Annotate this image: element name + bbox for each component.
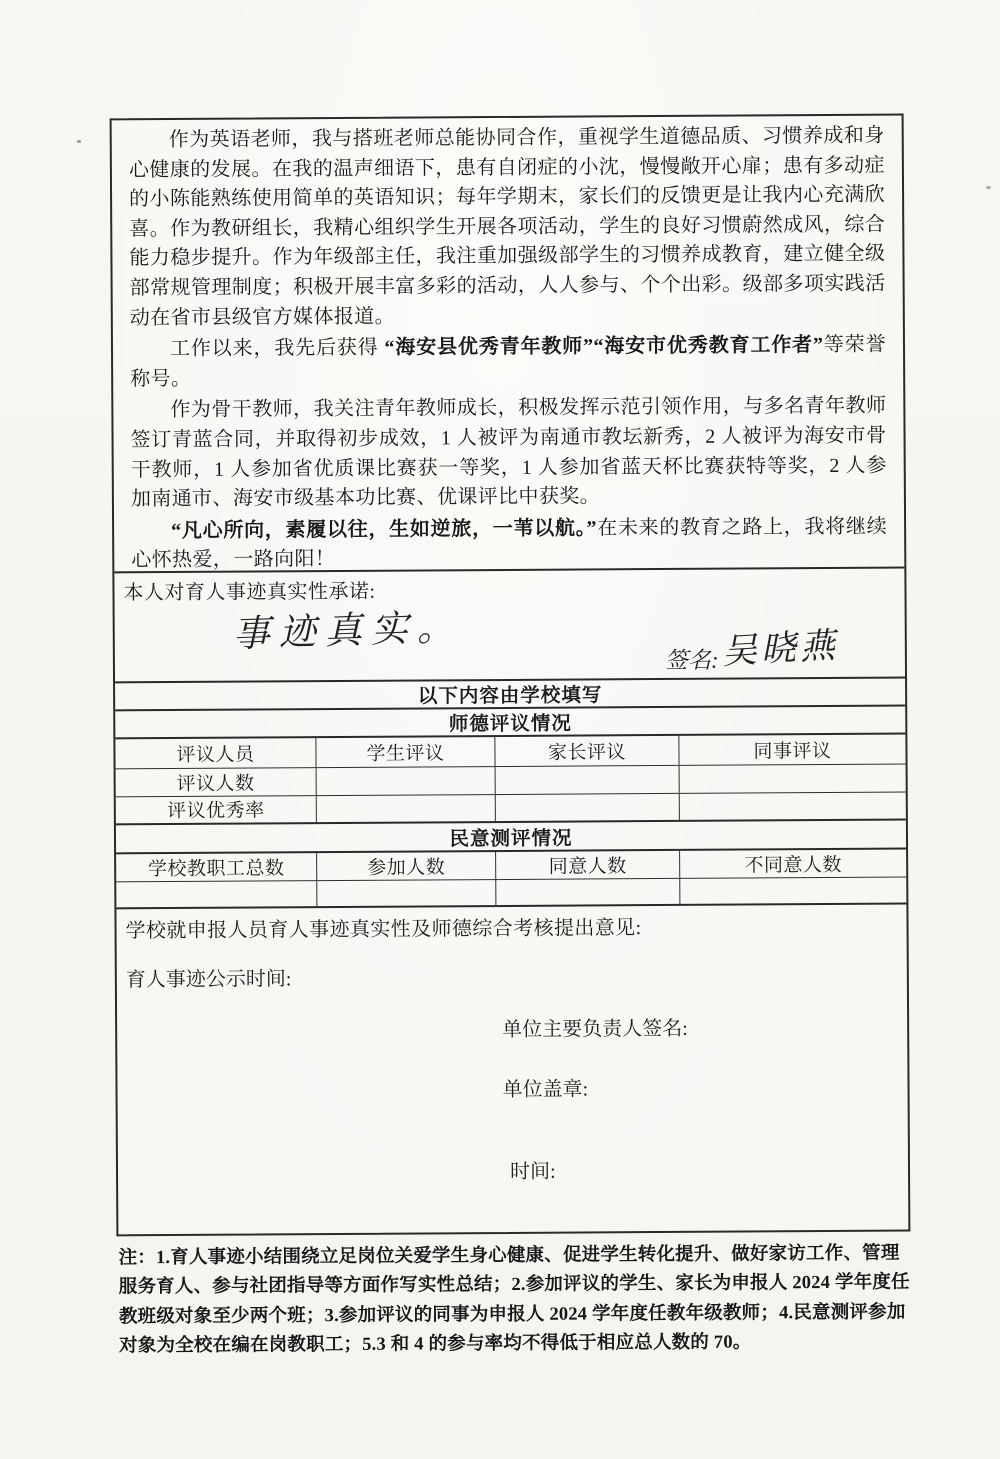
footnote-line-3: 教班级对象至少两个班；3.参加评议的同事为申报人 2024 学年度任教年级教师；… [119, 1298, 911, 1332]
footnote-line-1: 注：1.育人事迹小结围绕立足岗位关爱学生身心健康、促进学生转化提升、做好家访工作… [118, 1240, 910, 1274]
handwritten-signature-name: 吴晓燕 [721, 628, 840, 670]
shide-col-header-colleagues: 同事评议 [678, 735, 905, 765]
minyi-col-header-participants: 参加人数 [316, 852, 495, 880]
form-outer-box: 作为英语老师，我与搭班老师总能协同合作，重视学生道德品质、习惯养成和身心健康的发… [110, 114, 911, 1236]
shide-table-row-count: 评议人数 [116, 764, 906, 796]
shide-table-header-row: 评议人员 学生评议 家长评议 同事评议 [115, 733, 905, 769]
time-label: 时间: [510, 1154, 556, 1183]
shide-row-label-rate: 评议优秀率 [116, 796, 316, 824]
signature-label: 签名: [665, 632, 719, 675]
handwritten-promise-text: 事迹真实。 [232, 596, 464, 657]
empty-cell [495, 766, 679, 794]
shide-row-label-count: 评议人数 [116, 768, 316, 796]
scanned-form-page: 作为英语老师，我与搭班老师总能协同合作，重视学生道德品质、习惯养成和身心健康的发… [0, 0, 1000, 1459]
school-opinion-section: 学校就申报人员育人事迹真实性及师德综合考核提出意见: 育人事迹公示时间: 单位主… [116, 902, 908, 1234]
statement-paragraph-1: 作为英语老师，我与搭班老师总能协同合作，重视学生道德品质、习惯养成和身心健康的发… [129, 122, 886, 334]
minyi-section-header-text: 民意测评情况 [449, 822, 572, 851]
empty-cell [316, 795, 495, 823]
statement-p2-honors: “海安县优秀青年教师”“海安市优秀教育工作者” [384, 334, 823, 359]
empty-cell [679, 877, 906, 903]
footnote-line-4: 对象为全校在编在岗教职工；5.3 和 4 的参与率均不得低于相应总人数的 70。 [119, 1328, 911, 1362]
shide-table-row-rate: 评议优秀率 [116, 791, 906, 823]
publicity-time-label: 育人事迹公示时间: [126, 962, 292, 992]
minyi-col-header-total-staff: 学校教职工总数 [116, 853, 316, 881]
empty-cell [679, 792, 906, 820]
empty-cell [679, 765, 906, 793]
minyi-table-header-row: 学校教职工总数 参加人数 同意人数 不同意人数 [116, 848, 906, 881]
shide-col-header-reviewers: 评议人员 [115, 738, 315, 768]
shide-section-header-text: 师德评议情况 [449, 708, 572, 737]
scan-speck [986, 186, 991, 189]
promise-section: 本人对育人事迹真实性承诺: 事迹真实。 签名: 吴晓燕 [114, 567, 905, 682]
personal-statement-section: 作为英语老师，我与搭班老师总能协同合作，重视学生道德品质、习惯养成和身心健康的发… [112, 116, 905, 572]
empty-cell [316, 767, 495, 795]
minyi-col-header-agree: 同意人数 [495, 851, 679, 879]
unit-seal-label: 单位盖章: [502, 1072, 588, 1102]
opinion-title: 学校就申报人员育人事迹真实性及师德综合考核提出意见: [125, 911, 641, 943]
statement-paragraph-2: 工作以来，我先后获得 “海安县优秀青年教师”“海安市优秀教育工作者”等荣誉称号。 [130, 331, 886, 395]
footnotes: 注：1.育人事迹小结围绕立足岗位关爱学生身心健康、促进学生转化提升、做好家访工作… [118, 1240, 911, 1362]
statement-p2-prefix: 工作以来，我先后获得 [170, 337, 385, 360]
statement-paragraph-3: 作为骨干教师，我关注青年教师成长，积极发挥示范引领作用，与多名青年教师签订青蓝合… [130, 392, 887, 515]
shide-col-header-parents: 家长评议 [494, 736, 678, 766]
empty-cell [116, 881, 316, 907]
scan-content: 作为英语老师，我与搭班老师总能协同合作，重视学生道德品质、习惯养成和身心健康的发… [0, 0, 1000, 1459]
statement-p4-quote: “凡心所向，素履以往，生如逆旅，一苇以航。” [171, 517, 597, 542]
footnote-line-2: 服务育人、参与社团指导等方面作写实性总结；2.参加评议的学生、家长为申报人 20… [119, 1269, 911, 1303]
signature-row: 签名: 吴晓燕 [665, 631, 839, 675]
empty-cell [495, 793, 679, 821]
empty-cell [495, 878, 679, 904]
statement-paragraph-4: “凡心所向，素履以往，生如逆旅，一苇以航。”在未来的教育之路上，我将继续心怀热爱… [131, 512, 887, 571]
leader-signature-label: 单位主要负责人签名: [502, 1011, 688, 1041]
minyi-col-header-disagree: 不同意人数 [679, 850, 906, 878]
empty-cell [316, 880, 495, 906]
shide-col-header-students: 学生评议 [315, 737, 494, 767]
scan-speck [77, 140, 81, 143]
school-fill-header-text: 以下内容由学校填写 [418, 679, 603, 708]
